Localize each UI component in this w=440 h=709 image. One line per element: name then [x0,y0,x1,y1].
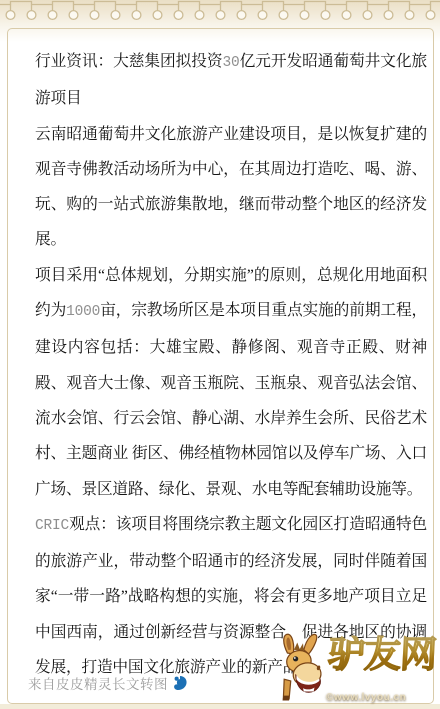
article-image-card: 行业资讯：大慈集团拟投资30亿元开发昭通葡萄井文化旅游项目云南昭通葡萄井文化旅游… [0,0,440,709]
binding-rings-icon [0,0,440,24]
bottom-beige-strip [0,704,440,709]
donkey-mascot-icon [276,631,330,703]
source-credit: 来自皮皮精灵长文转图 [28,673,187,693]
pipi-elf-icon [173,675,187,694]
paragraph: 行业资讯：大慈集团拟投资30亿元开发昭通葡萄井文化旅游项目 [35,44,427,117]
source-credit-label: 来自皮皮精灵长文转图 [28,673,168,693]
site-logo: 驴友网 ©www.lvyou.cn [276,628,438,704]
paragraph: 云南昭通葡萄井文化旅游产业建设项目，是以恢复扩建的观音寺佛教活动场所为中心，在其… [35,117,427,258]
paragraph: 项目采用“总体规划，分期实施”的原则，总规化用地面积约为1000亩，宗教场所区是… [35,258,427,507]
site-url: ©www.lvyou.cn [326,692,406,703]
site-name: 驴友网 [327,636,437,673]
article-body: 行业资讯：大慈集团拟投资30亿元开发昭通葡萄井文化旅游项目云南昭通葡萄井文化旅游… [35,44,427,685]
